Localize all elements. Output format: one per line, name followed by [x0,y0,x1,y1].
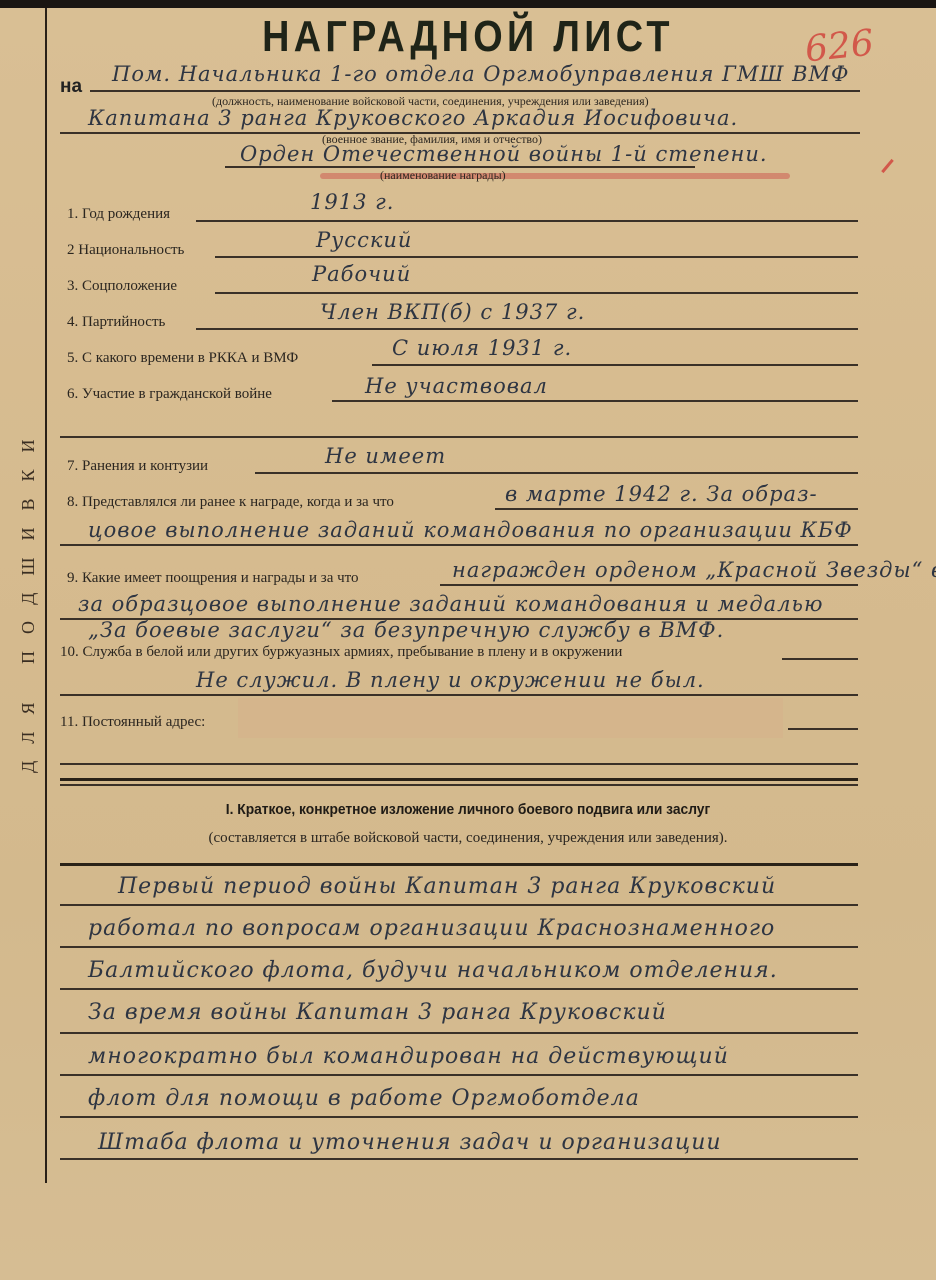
narrative-rule [60,988,858,990]
narrative-rule [60,946,858,948]
field-label-social-status: 3. Соцположение [67,278,177,295]
red-pencil-mark [881,159,894,173]
field-value-civil-war: Не участвовал [365,374,548,398]
field-value-previous-award-cont: цовое выполнение заданий командования по… [88,518,853,542]
field-underline [332,400,858,402]
field-underline [60,763,858,765]
field-underline [215,292,858,294]
binding-margin-line [45,8,47,1183]
field-label-birth-year: 1. Год рождения [67,206,170,223]
position-value: Пом. Начальника 1-го отдела Оргмобуправл… [112,62,849,86]
field-value-decorations-cont2: „За боевые заслуги“ за безупречную служб… [88,618,724,642]
narrative-line: За время войны Капитан 3 ранга Круковски… [88,1000,667,1025]
header-prefix: на [60,76,82,98]
field-value-birth-year: 1913 г. [310,190,394,214]
field-underline [440,584,858,586]
field-underline [60,436,858,438]
field-underline [60,694,858,696]
narrative-line: флот для помощи в работе Оргмоботдела [88,1086,640,1111]
position-underline [90,90,860,92]
document-title: НАГРАДНОЙ ЛИСТ [66,12,871,62]
field-label-white-army: 10. Служба в белой или других буржуазных… [60,644,622,661]
field-value-service-since: С июля 1931 г. [392,336,572,360]
field-underline [255,472,858,474]
field-label-nationality: 2 Национальность [67,242,184,259]
section-subtitle: (составляется в штабе войсковой части, с… [0,830,936,847]
field-underline [60,544,858,546]
binding-margin-text: ДЛЯ ПОДШИВКИ [18,403,40,793]
section-divider [60,778,858,781]
field-label-decorations: 9. Какие имеет поощрения и награды и за … [67,570,359,587]
narrative-rule [60,1032,858,1034]
field-underline [372,364,858,366]
field-label-service-since: 5. С какого времени в РККА и ВМФ [67,350,298,367]
field-label-party: 4. Партийность [67,314,165,331]
field-value-party: Член ВКП(б) с 1937 г. [320,300,585,324]
person-value: Капитана 3 ранга Круковского Аркадия Иос… [88,106,738,130]
field-value-previous-award: в марте 1942 г. За образ- [505,482,818,506]
field-value-social-status: Рабочий [312,262,411,286]
field-label-civil-war: 6. Участие в гражданской войне [67,386,272,403]
award-value: Орден Отечественной войны 1-й степени. [240,142,768,166]
award-caption: (наименование награды) [380,168,506,183]
field-label-previous-award: 8. Представлялся ли ранее к награде, ког… [67,494,394,511]
narrative-line: Штаба флота и уточнения задач и организа… [98,1130,722,1155]
narrative-rule [60,1074,858,1076]
narrative-line: Балтийского флота, будучи начальником от… [88,958,778,983]
narrative-line: работал по вопросам организации Краснозн… [88,916,775,941]
section-title: I. Краткое, конкретное изложение личного… [37,801,898,818]
narrative-rule [60,904,858,906]
field-value-white-army: Не служил. В плену и окружении не был. [196,668,705,692]
field-underline [196,328,858,330]
redacted-address [238,698,783,738]
section-divider [60,784,858,786]
field-underline [495,508,858,510]
field-underline [782,658,858,660]
field-label-address: 11. Постоянный адрес: [60,714,205,731]
field-value-decorations-cont: за образцовое выполнение заданий командо… [78,592,823,616]
field-label-wounds: 7. Ранения и контузии [67,458,208,475]
field-underline [215,256,858,258]
narrative-line: Первый период войны Капитан 3 ранга Крук… [118,874,776,899]
award-sheet-page: ДЛЯ ПОДШИВКИ НАГРАДНОЙ ЛИСТ 626 на Пом. … [0,8,936,1280]
narrative-line: многократно был командирован на действую… [88,1044,729,1069]
narrative-rule [60,1158,858,1160]
field-underline [788,728,858,730]
narrative-rule [60,1116,858,1118]
field-value-nationality: Русский [316,228,412,252]
section-top-rule [60,863,858,866]
field-value-decorations: награжден орденом „Красной Звезды“ в 194… [452,558,936,582]
field-value-wounds: Не имеет [325,444,446,468]
field-underline [196,220,858,222]
